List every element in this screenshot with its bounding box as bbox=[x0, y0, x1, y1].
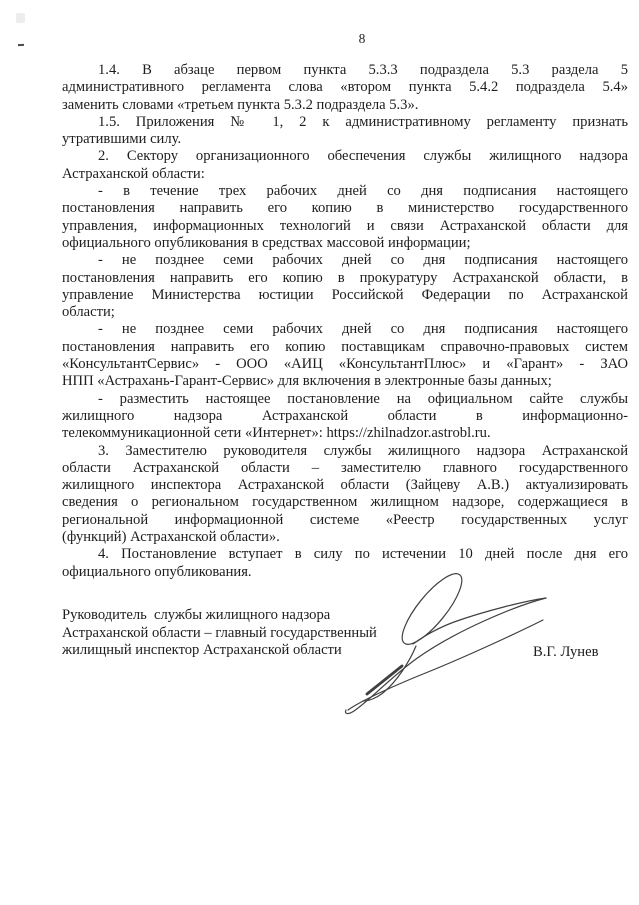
paragraph: 3. Заместителю руководителя службы жилищ… bbox=[62, 443, 628, 547]
paragraph-line: 4. Постановление вступает в силу по исте… bbox=[62, 546, 628, 563]
paragraph-line: области; bbox=[62, 304, 628, 321]
paragraph: - разместить настоящее постановление на … bbox=[62, 391, 628, 443]
paragraph-line: официального опубликования в средствах м… bbox=[62, 235, 628, 252]
paragraph-line: административного регламента слова «втор… bbox=[62, 79, 628, 96]
paragraph-line: управление Министерства юстиции Российск… bbox=[62, 287, 628, 304]
page-number: 8 bbox=[352, 31, 372, 47]
paragraph: 4. Постановление вступает в силу по исте… bbox=[62, 546, 628, 581]
paragraph-line: постановления направить его копию в мини… bbox=[62, 200, 628, 217]
paragraph: - не позднее семи рабочих дней со дня по… bbox=[62, 252, 628, 321]
paragraph-line: жилищного надзора Астраханской области в… bbox=[62, 408, 628, 425]
paragraph: 1.5. Приложения № 1, 2 к административно… bbox=[62, 114, 628, 149]
paragraph-line: области Астраханской области – заместите… bbox=[62, 460, 628, 477]
paragraph-line: НПП «Астрахань-Гарант-Сервис» для включе… bbox=[62, 373, 628, 390]
scanned-document-page: { "page": { "number": "8" }, "document":… bbox=[0, 0, 639, 905]
paragraph-line: - в течение трех рабочих дней со дня под… bbox=[62, 183, 628, 200]
paragraph-line: «КонсультантСервис» - ООО «АИЦ «Консульт… bbox=[62, 356, 628, 373]
scan-smudge-artifact bbox=[16, 13, 25, 23]
paragraph-line: постановления направить его копию постав… bbox=[62, 339, 628, 356]
paragraph: 2. Сектору организационного обеспечения … bbox=[62, 148, 628, 183]
paragraph-line: управления, информационных технологий и … bbox=[62, 218, 628, 235]
signoff-name: В.Г. Лунев bbox=[533, 644, 598, 661]
paragraph-line: постановления направить его копию в прок… bbox=[62, 270, 628, 287]
paragraph-line: 1.4. В абзаце первом пункта 5.3.3 подраз… bbox=[62, 62, 628, 79]
signoff-title-line: Руководитель службы жилищного надзора bbox=[62, 607, 377, 625]
paragraph-line: - не позднее семи рабочих дней со дня по… bbox=[62, 321, 628, 338]
paragraph-line: - не позднее семи рабочих дней со дня по… bbox=[62, 252, 628, 269]
paragraph-line: телекоммуникационной сети «Интернет»: ht… bbox=[62, 425, 628, 442]
paragraph-line: заменить словами «третьем пункта 5.3.2 п… bbox=[62, 97, 628, 114]
document-body: 1.4. В абзаце первом пункта 5.3.3 подраз… bbox=[62, 62, 628, 581]
paragraph-line: сведения о региональном государственном … bbox=[62, 494, 628, 511]
paragraph-line: официального опубликования. bbox=[62, 564, 628, 581]
paragraph-line: жилищного инспектора Астраханской област… bbox=[62, 477, 628, 494]
paragraph-line: - разместить настоящее постановление на … bbox=[62, 391, 628, 408]
paragraph-line: (функций) Астраханской области». bbox=[62, 529, 628, 546]
paragraph: - в течение трех рабочих дней со дня под… bbox=[62, 183, 628, 252]
paragraph-line: региональной информационной системе «Рее… bbox=[62, 512, 628, 529]
paragraph-line: 1.5. Приложения № 1, 2 к административно… bbox=[62, 114, 628, 131]
paragraph: 1.4. В абзаце первом пункта 5.3.3 подраз… bbox=[62, 62, 628, 114]
paragraph: - не позднее семи рабочих дней со дня по… bbox=[62, 321, 628, 390]
paragraph-line: Астраханской области: bbox=[62, 166, 628, 183]
signoff-block: Руководитель службы жилищного надзора Ас… bbox=[62, 607, 377, 660]
paragraph-line: 2. Сектору организационного обеспечения … bbox=[62, 148, 628, 165]
paragraph-line: 3. Заместителю руководителя службы жилищ… bbox=[62, 443, 628, 460]
signoff-title-line: жилищный инспектор Астраханской области bbox=[62, 642, 377, 660]
scan-dash-artifact bbox=[18, 44, 24, 46]
paragraph-line: утратившими силу. bbox=[62, 131, 628, 148]
signoff-title-line: Астраханской области – главный государст… bbox=[62, 625, 377, 643]
